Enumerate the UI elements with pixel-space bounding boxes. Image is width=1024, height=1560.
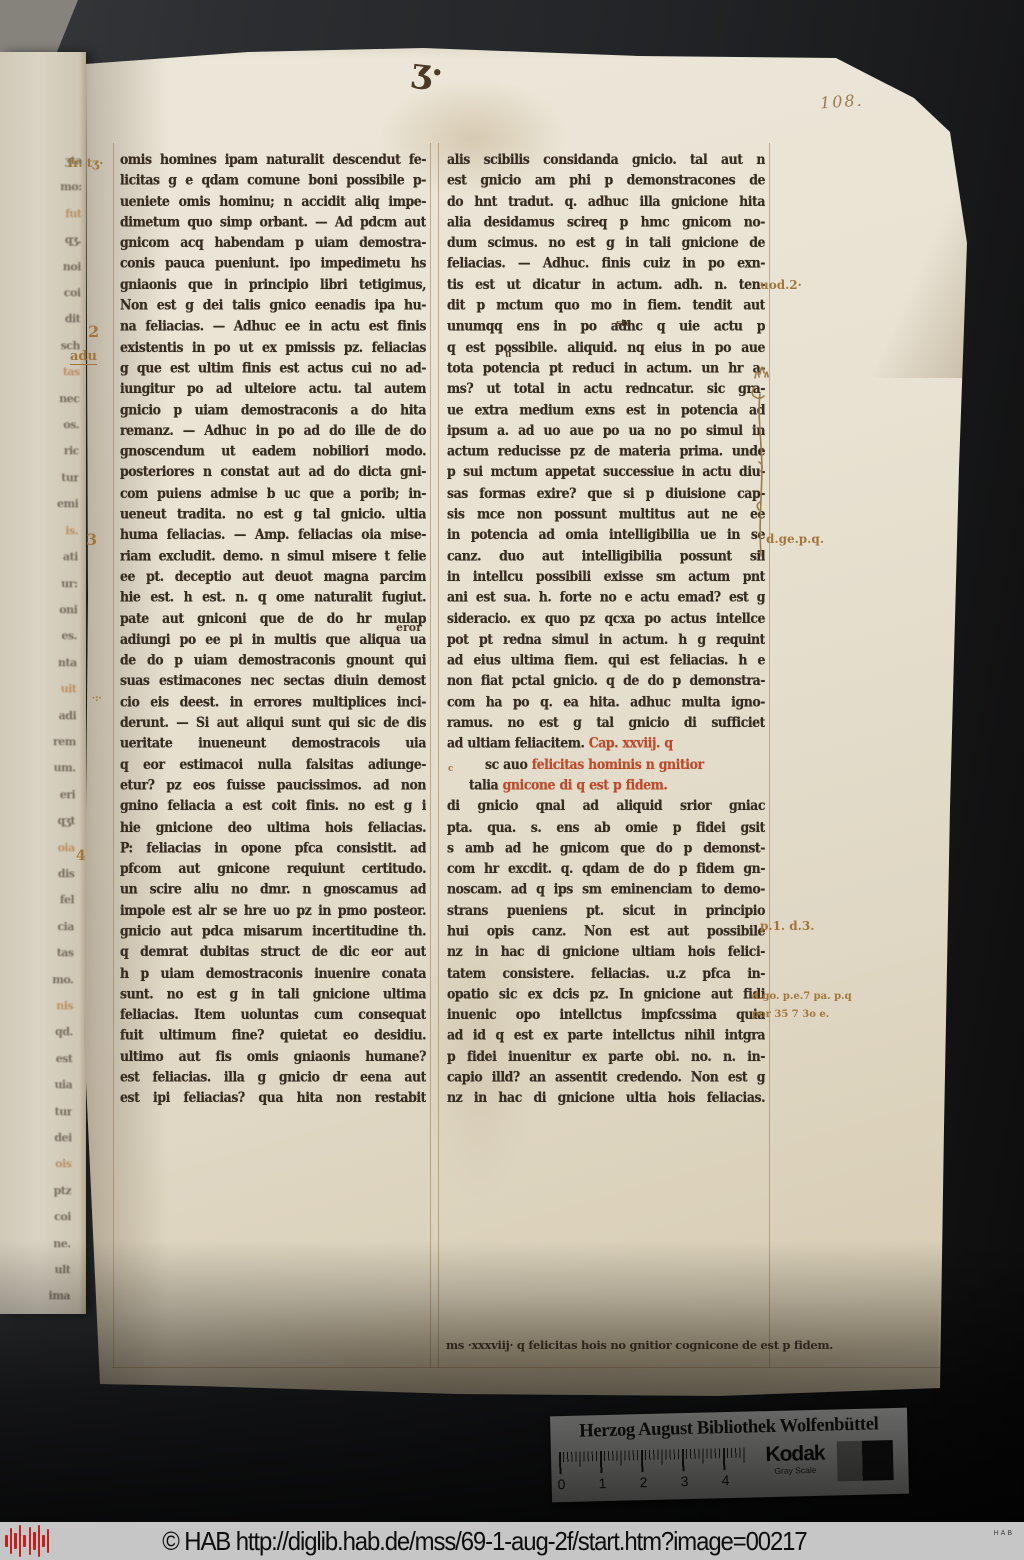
bleed-text-line: ne.	[0, 1230, 71, 1257]
text-line: canz. duo aut intelligibilia possunt sil	[447, 545, 765, 566]
text-column-left: omis homines ipam naturalit descendut fe…	[120, 149, 426, 1108]
text-line: di gnicio qnal ad aliquid srior gniac	[447, 796, 765, 817]
bleed-text-line: qʒt	[0, 808, 75, 835]
text-line: sunt. no est g in tali gnicione ultima	[120, 983, 426, 1004]
text-line: ultimo aut fis omis gniaonis humane?	[120, 1046, 426, 1067]
text-line: q est possibile. aliquid. nq eius in po …	[447, 337, 765, 358]
bleed-text-line: dit	[0, 306, 80, 333]
ruling-line-vertical	[769, 143, 770, 1368]
ruler-ticks	[559, 1448, 745, 1475]
bleed-text-line: est	[0, 1045, 73, 1072]
bleed-text-line: ric	[0, 438, 79, 465]
rubric-text: Cap. xxviij. q	[589, 734, 673, 751]
text-line: pfcom aut gnicone requiunt certitudo.	[120, 858, 426, 879]
facing-page-edge: ʒtamo:futqʒ.noicoiditschtasnecos.ricture…	[0, 52, 86, 1314]
bleed-text-line: uia	[0, 1072, 72, 1099]
bleed-text-line: sch	[0, 332, 80, 359]
text-line: omis homines ipam naturalit descendut fe…	[120, 149, 426, 170]
margin-note: fr. tʒ·	[68, 156, 103, 170]
logo-bar	[38, 1525, 40, 1557]
text-line: h p uiam demostraconis inuenire conata	[120, 962, 426, 983]
text-line: gnicom acq habendam p uiam demostra-	[120, 232, 426, 253]
text-line: ad id q est ex parte intellctus nihil in…	[447, 1025, 765, 1046]
text-line: alis scibilis considanda gnicio. tal aut…	[447, 149, 765, 170]
logo-bar	[14, 1533, 17, 1549]
text-line: q demrat dubitas struct de dic eor aut	[120, 942, 426, 963]
ruling-line-vertical	[438, 143, 439, 1368]
text-line: ms? ut total in actu redncatur. sic gra-	[447, 378, 765, 399]
text-line: est feliacias. illa g gnicio dr eena aut	[120, 1067, 426, 1088]
bleed-text-line: is.	[0, 517, 78, 544]
text-line: pta. qua. s. ens ab omie p fidei gsit	[447, 816, 765, 837]
bleed-text-line: tas	[0, 940, 74, 967]
kodak-gray-scale-card: Herzog August Bibliothek Wolfenbüttel 01…	[550, 1408, 909, 1503]
text-line: ad eius ultima fiem. qui est feliacias. …	[447, 650, 765, 671]
text-line: hie est. h est. n. q ome naturalit fugiu…	[120, 587, 426, 608]
bleed-text-line: noi	[1, 253, 81, 280]
margin-note: 3	[86, 530, 97, 549]
bleed-text-line: mo.	[0, 966, 74, 993]
text-line: talia gnicone di q est p fidem.	[447, 775, 765, 796]
text-line: riam excludit. demo. n simul misere t fe…	[120, 545, 426, 566]
bleed-text-line: ptz	[0, 1177, 71, 1204]
text-line: hie gnicione deo ultima hois feliacias.	[120, 816, 426, 837]
text-line: ue extra medium exns est in potencia ad	[447, 399, 765, 420]
parchment-stain	[98, 1293, 938, 1403]
text-line: in intellcu possibili exisse sm actum pn…	[447, 566, 765, 587]
bleed-text-line: rem	[0, 728, 76, 755]
bleed-text-line: coi	[0, 1204, 71, 1231]
text-line: posteriores n constat aut ad do dicta gn…	[120, 462, 426, 483]
text-line: conis pauca pueniunt. ipo impedimetu hs	[120, 253, 426, 274]
text-line: remanz. — Adhuc in po ad do ille de do	[120, 420, 426, 441]
text-line: inuenic opo intellctus impfcssima quia	[447, 1004, 765, 1025]
text-line: ee pt. deceptio aut deuot magna parcim	[120, 566, 426, 587]
ruler-number: 1	[598, 1475, 606, 1491]
bleed-text-line: tur	[0, 464, 79, 491]
scan-photo: ʒtamo:futqʒ.noicoiditschtasnecos.ricture…	[0, 0, 1024, 1522]
text-line: na feliacias. — Adhuc ee in actu est fin…	[120, 316, 426, 337]
ruler-numbers: 01234	[559, 1472, 749, 1495]
facing-page-bleed-text: ʒtamo:futqʒ.noicoiditschtasnecos.ricture…	[0, 148, 86, 1311]
text-line: tota potencia pt reduci in actum. un hr …	[447, 358, 765, 379]
text-line: nz in hac di gnicione ultia hois feliaci…	[447, 1088, 765, 1109]
bleed-text-line: oni	[0, 596, 77, 623]
ruling-line-vertical	[113, 143, 114, 1368]
text-line: de do p uiam demostraconis gnount qui	[120, 650, 426, 671]
text-line: ipsum a. ad uo aue po ua no po simul in	[447, 420, 765, 441]
text-line: gniaonis que in principio libri tetigimu…	[120, 274, 426, 295]
caption-bar: © HAB http://diglib.hab.de/mss/69-1-aug-…	[0, 1522, 1024, 1560]
kodak-brand: Kodak Gray Scale	[759, 1444, 832, 1477]
bleed-text-line: qd.	[0, 1019, 73, 1046]
bleed-text-line: ati	[0, 544, 78, 571]
text-line: gnino feliacia a est coit finis. no est …	[120, 796, 426, 817]
text-line: feliacias. — Adhuc. finis cuiz in po exn…	[447, 253, 765, 274]
bleed-text-line: fel	[0, 887, 74, 914]
text-line: p sui mctum appetat successiue in actu d…	[447, 462, 765, 483]
text-line: opatio sic ex dcis pz. In gnicione aut f…	[447, 983, 765, 1004]
ruler-number: 2	[639, 1474, 647, 1490]
text-line: licitas g e qdam comune boni possibile p…	[120, 170, 426, 191]
ruler-number: 0	[557, 1476, 565, 1492]
ruling-line-horizontal	[112, 1367, 940, 1368]
text-line: sc auo felicitas hominis n gnitior	[447, 754, 765, 775]
text-line: adiungi po ee pi in multis que aliqua ua	[120, 629, 426, 650]
margin-note: c	[448, 764, 453, 774]
bleed-text-line: ult	[0, 1257, 70, 1284]
text-line: est ipi feliacias? qua hita non restabit	[120, 1088, 426, 1109]
text-line: existentis in po ut ex pmissis pz. felia…	[120, 337, 426, 358]
gray-scale-patch	[837, 1440, 894, 1481]
ruler: 01234	[559, 1448, 750, 1497]
ruler-number: 4	[721, 1472, 729, 1488]
bleed-text-line: dis	[0, 861, 75, 888]
bleed-text-line: eri	[0, 781, 75, 808]
text-line: q eor estimacoi nulla falsitas adiunge-	[120, 754, 426, 775]
bleed-text-line: cia	[0, 913, 74, 940]
bleed-text-line: dei	[0, 1125, 72, 1152]
text-line: g que est ultim finis est actus cui no a…	[120, 358, 426, 379]
bleed-text-line: nec	[0, 385, 80, 412]
text-line: capio illd? an assentit credendo. Non es…	[447, 1067, 765, 1088]
bleed-text-line: um.	[0, 755, 76, 782]
text-line: ramus. no est g tal gnicio di sufficiet	[447, 712, 765, 733]
text-column-right: alis scibilis considanda gnicio. tal aut…	[447, 149, 765, 1108]
bleed-text-line: qʒ.	[1, 227, 81, 254]
margin-note: adu	[70, 349, 97, 365]
ruling-line-vertical	[430, 143, 431, 1368]
text-line: ueniete omis hominu; n accidit aliq impe…	[120, 191, 426, 212]
manicule-icon	[748, 342, 774, 562]
text-line: strans pueniens pt. sicut in principio	[447, 900, 765, 921]
bleed-text-line: nis	[0, 993, 73, 1020]
text-line: sas formas exire? que si p diuisione cap…	[447, 483, 765, 504]
catchword: ms ·xxxviij· q felicitas hois no gnitior…	[446, 1338, 833, 1352]
logo-bar	[5, 1535, 8, 1547]
text-line: hui opis canz. Non est aut possibile	[447, 921, 765, 942]
bleed-text-line: nta	[0, 649, 77, 676]
bleed-text-line: fut	[1, 200, 81, 227]
text-line: iungitur po ad ulteiore actu. tal autem	[120, 378, 426, 399]
bleed-text-line: tur	[0, 1098, 72, 1125]
text-line: un scire aliu no dmr. n gnoscamus ad	[120, 879, 426, 900]
text-line: dum scimus. no est g in tali gnicione de	[447, 232, 765, 253]
text-line: etur? pz eos fuisse paucissimos. ad non	[120, 775, 426, 796]
bleed-text-line: os.	[0, 412, 79, 439]
corner-crease	[828, 78, 978, 378]
corner-mark: HAB	[994, 1530, 1014, 1537]
bleed-text-line: oia	[0, 834, 75, 861]
text-line: com hr excdit. q. qdam de do p fidem gn-	[447, 858, 765, 879]
text-line: s amb ad he gnicom que do p demonst-	[447, 837, 765, 858]
text-line: do hnt tradut. q. adhuc illa gnicione hi…	[447, 191, 765, 212]
text-line: cio eis deest. in errores multiplices in…	[120, 691, 426, 712]
text-line: com ha po q. ea hita. adhuc multa igno-	[447, 691, 765, 712]
text-line: ueritate inueneunt demostracois uia	[120, 733, 426, 754]
text-line: dit p mctum quo mo in fiem. tendit aut	[447, 295, 765, 316]
text-line: in potencia ad omia intelligibilia ue in…	[447, 524, 765, 545]
text-line: P: feliacias in opone pfca consistit. ad	[120, 837, 426, 858]
text-line: tis est ut dicatur in actum. adh. n. ten…	[447, 274, 765, 295]
ruler-number: 3	[680, 1473, 688, 1489]
bleed-text-line: es.	[0, 623, 77, 650]
library-name: Herzog August Bibliothek Wolfenbüttel	[554, 1413, 904, 1444]
margin-note: p.1. d.3.	[760, 919, 814, 933]
caption-url-text: © HAB http://diglib.hab.de/mss/69-1-aug-…	[41, 1526, 983, 1557]
bleed-text-line: tas	[0, 359, 80, 386]
text-line: unumqq ens in po adhc q uie actu p	[447, 316, 765, 337]
text-line: gnicio aut pdca misarum incertitudine th…	[120, 921, 426, 942]
margin-note: ·:·	[92, 694, 102, 704]
margin-note: 4	[76, 848, 86, 864]
text-line: Non est g dei talis gnico eenadis ipa hu…	[120, 295, 426, 316]
folio-number: 108.	[819, 91, 864, 113]
quire-mark: ʒ·	[410, 50, 445, 93]
text-line: est gnicio am phi p demonstracones de	[447, 170, 765, 191]
text-line: noscam. ad q ips sm eminenciam to demo-	[447, 879, 765, 900]
bleed-text-line: coi	[0, 280, 80, 307]
text-line: tatem consistere. feliacias. u.z pfca in…	[447, 962, 765, 983]
text-line: alia desidamus scireq p hmc gnicom no-	[447, 212, 765, 233]
text-line: impole est alr se hre uo pz in pmo poste…	[120, 900, 426, 921]
margin-note: d.go. p.e.7 pa. p.q	[752, 991, 852, 1002]
bleed-text-line: ur:	[0, 570, 78, 597]
logo-bar	[33, 1532, 36, 1550]
text-line: ani est sua. h. forte no e actu emad? es…	[447, 587, 765, 608]
text-line: pate aut gniconi que de do hr mulap	[120, 608, 426, 629]
text-line: gnicio p uiam demostraconis a do hita	[120, 399, 426, 420]
logo-bar	[10, 1528, 12, 1554]
logo-bar	[29, 1527, 31, 1555]
logo-bar	[19, 1525, 21, 1557]
text-line: sideracio. ex quo pz qcxa po actus intel…	[447, 608, 765, 629]
bleed-text-line: adi	[0, 702, 76, 729]
text-line: gnoscendum ut eadem nobiliori modo.	[120, 441, 426, 462]
bleed-text-line: uit	[0, 676, 77, 703]
text-line: ueneut tradita. no est g tal gnicio. ult…	[120, 504, 426, 525]
margin-note: uod.2·	[760, 278, 802, 292]
margin-note: u	[505, 350, 512, 360]
logo-bar	[23, 1535, 26, 1547]
bleed-text-line: ima	[0, 1283, 70, 1310]
text-line: non fiat pctal gnicio. q de do p demonst…	[447, 670, 765, 691]
bleed-text-line: emi	[0, 491, 78, 518]
text-line: huma feliacias. — Amp. feliacias oia mis…	[120, 524, 426, 545]
margin-note: por 35 7 3o e.	[752, 1009, 829, 1020]
bleed-text-line: ois	[0, 1151, 72, 1178]
text-line: sis mce non possunt multitus aut ne ee	[447, 504, 765, 525]
text-line: dimetum quo simp orbant. — Ad pdcm aut	[120, 212, 426, 233]
text-line: pot pt redna simul in actum. h g requint	[447, 629, 765, 650]
gray-scale-label: Gray Scale	[759, 1465, 831, 1477]
text-line: p fidei inuenitur ex parte obi. no. n. i…	[447, 1046, 765, 1067]
text-line: suas estimacones nec sectas diuin demost	[120, 670, 426, 691]
rubric-text: gnicone di q est p fidem.	[503, 776, 668, 793]
text-line: nz in hac di gnicione ultiam hois felici…	[447, 942, 765, 963]
text-line: com puiens admise b uc que a porib; in-	[120, 483, 426, 504]
bleed-text-line: mo:	[2, 174, 82, 201]
rubric-text: felicitas hominis n gnitior	[532, 755, 704, 772]
text-line: actum reducisse pz de materia prima. und…	[447, 441, 765, 462]
margin-note: d.ge.p.q.	[766, 532, 824, 546]
text-line: ad ultiam feliacitem. Cap. xxviij. q	[447, 733, 765, 754]
margin-note: eror	[396, 621, 422, 634]
text-line: derunt. — Si aut aliqui sunt qui sic de …	[120, 712, 426, 733]
text-line: fuit ultimum fine? quietat eo desidiu.	[120, 1025, 426, 1046]
margin-note: ste	[616, 319, 631, 329]
text-line: feliacias. Item uoluntas cum consequat	[120, 1004, 426, 1025]
kodak-logo-text: Kodak	[759, 1444, 831, 1466]
margin-note: 2	[88, 322, 99, 341]
